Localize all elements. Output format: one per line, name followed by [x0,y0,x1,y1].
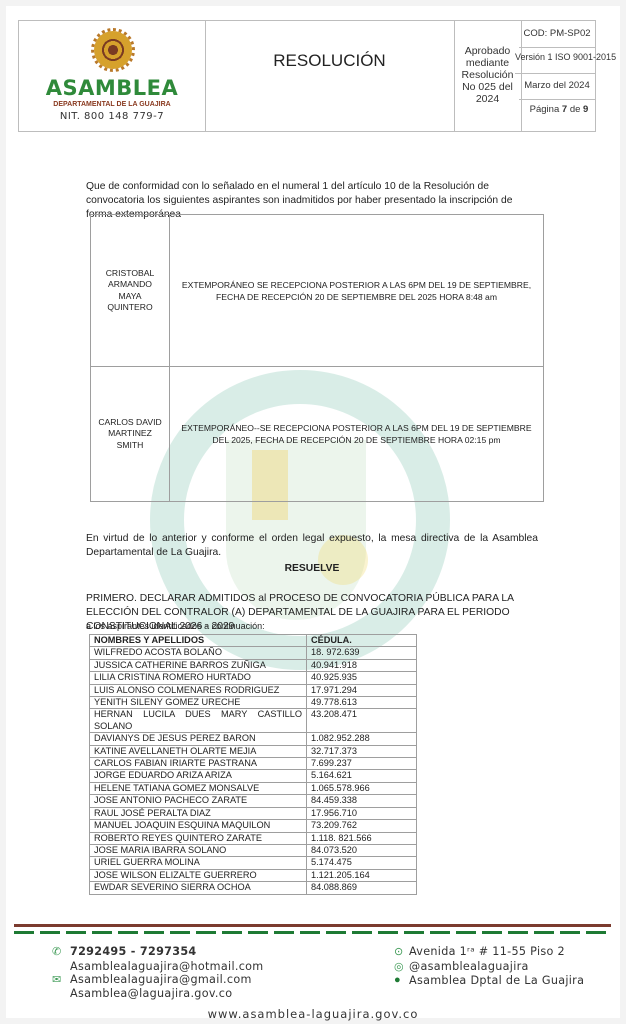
footer-email-1[interactable]: Asamblealaguajira@hotmail.com [70,960,264,973]
footer-email-3[interactable]: Asamblea@laguajira.gov.co [70,987,232,1000]
table-header-row: NOMBRES Y APELLIDOS CÉDULA. [90,635,417,647]
table-row: JOSE MARIA IBARRA SOLANO84.073.520 [90,844,417,856]
applicant-name: EWDAR SEVERINO SIERRA OCHOA [90,882,307,894]
applicant-cedula: 43.208.471 [307,709,417,733]
applicant-name: RAUL JOSÉ PERALTA DIAZ [90,807,307,819]
admitted-table: NOMBRES Y APELLIDOS CÉDULA. WILFREDO ACO… [89,634,417,895]
applicant-cedula: 17.956.710 [307,807,417,819]
doc-code: COD: PM-SP02 [519,21,595,48]
applicant-name: WILFREDO ACOSTA BOLAÑO [90,647,307,659]
page-indicator: Página 7 de 9 [521,99,597,121]
table-row: CARLOS DAVID MARTINEZ SMITH EXTEMPORÁNEO… [91,367,544,502]
applicant-cedula: 7.699.237 [307,758,417,770]
applicant-name: DAVIANYS DE JESUS PEREZ BARON [90,733,307,745]
applicant-cedula: 84.088.869 [307,882,417,894]
applicant-cedula: 73.209.762 [307,820,417,832]
logo-name: ASAMBLEA [19,76,205,100]
applicant-cedula: 1.082.952.288 [307,733,417,745]
applicant-name: CARLOS FABIAN IRIARTE PASTRANA [90,758,307,770]
applicant-cedula: 84.073.520 [307,844,417,856]
page-sep: de [567,104,583,115]
inadmitted-table: CRISTOBAL ARMANDO MAYA QUINTERO EXTEMPOR… [90,214,544,502]
approval-cell: Aprobado mediante Resolución No 025 del … [454,21,522,131]
applicant-cedula: 49.778.613 [307,697,417,709]
footer-website[interactable]: www.asamblea-laguajira.gov.co [0,1007,626,1021]
table-row: JOSE ANTONIO PACHECO ZARATE84.459.338 [90,795,417,807]
applicant-name: JOSE MARIA IBARRA SOLANO [90,844,307,856]
approval-line: Aprobado [454,45,521,57]
table-row: DAVIANYS DE JESUS PEREZ BARON1.082.952.2… [90,733,417,745]
virtud-paragraph: En virtud de lo anterior y conforme el o… [86,532,538,560]
applicant-name: LILIA CRISTINA ROMERO HURTADO [90,672,307,684]
applicant-name: JUSSICA CATHERINE BARROS ZUÑIGA [90,659,307,671]
inadmitted-reason: EXTEMPORÁNEO SE RECEPCIONA POSTERIOR A L… [170,215,544,367]
applicant-name: LUIS ALONSO COLMENARES RODRIGUEZ [90,684,307,696]
applicant-cedula: 5.174.475 [307,857,417,869]
applicant-name: HERNAN LUCILA DUES MARY CASTILLO SOLANO [90,709,307,733]
approval-line: 2024 [454,93,521,105]
applicant-cedula: 17.971.294 [307,684,417,696]
table-row: URIEL GUERRA MOLINA5.174.475 [90,857,417,869]
logo-nit: NIT. 800 148 779-7 [19,111,205,122]
header-names: NOMBRES Y APELLIDOS [90,635,307,647]
phone-icon: ✆ [52,945,61,958]
applicant-cedula: 32.717.373 [307,745,417,757]
applicant-name: YENITH SILENY GOMEZ URECHE [90,697,307,709]
table-row: WILFREDO ACOSTA BOLAÑO18. 972.639 [90,647,417,659]
applicant-cedula: 1.121.205.164 [307,869,417,881]
table-row: EWDAR SEVERINO SIERRA OCHOA84.088.869 [90,882,417,894]
table-row: RAUL JOSÉ PERALTA DIAZ17.956.710 [90,807,417,819]
applicant-name: HELENE TATIANA GOMEZ MONSALVE [90,782,307,794]
approval-line: mediante [454,57,521,69]
applicant-cedula: 1.065.578.966 [307,782,417,794]
doc-version: Versión 1 ISO 9001-2015 [515,47,595,74]
footer-brown-rule [14,924,611,927]
page-total: 9 [583,104,588,115]
title-cell: RESOLUCIÓN [205,21,455,131]
table-row: HERNAN LUCILA DUES MARY CASTILLO SOLANO4… [90,709,417,733]
applicant-name: JORGE EDUARDO ARIZA ARIZA [90,770,307,782]
applicant-name: JOSE WILSON ELIZALTE GUERRERO [90,869,307,881]
footer-facebook[interactable]: Asamblea Dptal de La Guajira [409,974,584,987]
applicant-cedula: 18. 972.639 [307,647,417,659]
table-row: MANUEL JOAQUIN ESQUINA MAQUILON73.209.76… [90,820,417,832]
applicant-cedula: 40.925.935 [307,672,417,684]
applicant-name: ROBERTO REYES QUINTERO ZARATE [90,832,307,844]
table-row: YENITH SILENY GOMEZ URECHE49.778.613 [90,697,417,709]
applicant-name: URIEL GUERRA MOLINA [90,857,307,869]
page-prefix: Página [530,104,562,115]
table-row: KATINE AVELLANETH OLARTE MEJIA32.717.373 [90,745,417,757]
document-header: ASAMBLEA DEPARTAMENTAL DE LA GUAJIRA NIT… [18,20,596,132]
table-row: JOSE WILSON ELIZALTE GUERRERO1.121.205.1… [90,869,417,881]
footer-green-dashed-rule [14,931,611,934]
table-row: CARLOS FABIAN IRIARTE PASTRANA7.699.237 [90,758,417,770]
logo-subtitle: DEPARTAMENTAL DE LA GUAJIRA [19,101,205,108]
instagram-icon: ◎ [394,960,404,973]
mail-icon: ✉ [52,973,61,986]
location-pin-icon: ⊙ [394,945,403,958]
header-cedula: CÉDULA. [307,635,417,647]
table-row: LILIA CRISTINA ROMERO HURTADO40.925.935 [90,672,417,684]
applicant-cedula: 5.164.621 [307,770,417,782]
applicant-name: JOSE ANTONIO PACHECO ZARATE [90,795,307,807]
inadmitted-name: CRISTOBAL ARMANDO MAYA QUINTERO [91,215,170,367]
table-row: CRISTOBAL ARMANDO MAYA QUINTERO EXTEMPOR… [91,215,544,367]
table-row: HELENE TATIANA GOMEZ MONSALVE1.065.578.9… [90,782,417,794]
approval-line: Resolución [454,69,521,81]
applicant-cedula: 1.118. 821.566 [307,832,417,844]
primero-tail: a los aspirantes identificados a continu… [86,620,538,632]
applicant-name: KATINE AVELLANETH OLARTE MEJIA [90,745,307,757]
meta-cell: COD: PM-SP02 Versión 1 ISO 9001-2015 Mar… [521,21,595,131]
approval-line: No 025 del [454,81,521,93]
approval-text: Aprobado mediante Resolución No 025 del … [454,45,521,105]
sun-logo-icon [94,31,132,69]
inadmitted-name: CARLOS DAVID MARTINEZ SMITH [91,367,170,502]
footer-address: Avenida 1ʳᵃ # 11-55 Piso 2 [409,945,565,958]
applicant-cedula: 40.941.918 [307,659,417,671]
logo-cell: ASAMBLEA DEPARTAMENTAL DE LA GUAJIRA NIT… [19,21,206,131]
table-row: JORGE EDUARDO ARIZA ARIZA5.164.621 [90,770,417,782]
applicant-cedula: 84.459.338 [307,795,417,807]
facebook-icon: ● [394,974,401,986]
document-title: RESOLUCIÓN [205,51,454,71]
applicant-name: MANUEL JOAQUIN ESQUINA MAQUILON [90,820,307,832]
doc-date: Marzo del 2024 [519,73,595,100]
inadmitted-reason: EXTEMPORÁNEO--SE RECEPCIONA POSTERIOR A … [170,367,544,502]
footer-phone: 7292495 - 7297354 [70,945,197,958]
resuelve-heading: RESUELVE [86,562,538,576]
footer-email-2[interactable]: Asamblealaguajira@gmail.com [70,973,252,986]
table-row: ROBERTO REYES QUINTERO ZARATE1.118. 821.… [90,832,417,844]
table-row: LUIS ALONSO COLMENARES RODRIGUEZ17.971.2… [90,684,417,696]
table-row: JUSSICA CATHERINE BARROS ZUÑIGA40.941.91… [90,659,417,671]
footer-instagram[interactable]: @asamblealaguajira [409,960,529,973]
